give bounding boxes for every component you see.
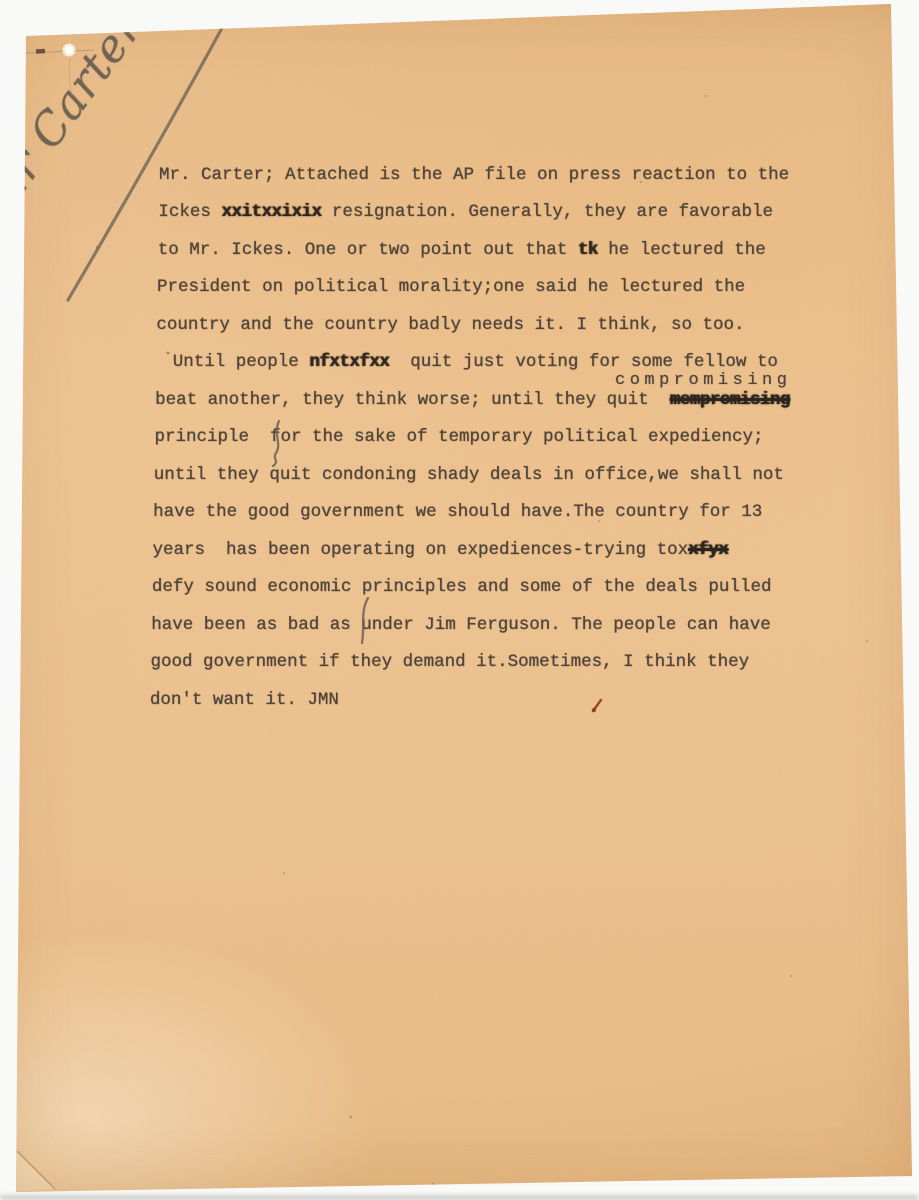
typed-line: Until people nfxtxfxx quit just voting f… (173, 354, 778, 372)
typed-overstrike: nfxtxfxx (309, 352, 389, 372)
typed-text: good government if they demand it.Someti… (151, 652, 750, 672)
typed-line: have the good government we should have.… (153, 504, 762, 522)
typed-text: Ickes (158, 202, 221, 222)
typed-overstrike: tk (578, 240, 598, 260)
typed-text: country and the country badly needs it. … (156, 315, 744, 335)
typed-overstrike: xfyx (688, 540, 728, 560)
typed-line: to Mr. Ickes. One or two point out that … (158, 242, 766, 260)
typed-line: defy sound economic principles and some … (152, 579, 772, 597)
typed-line: country and the country badly needs it. … (156, 317, 744, 335)
typed-text: beat another, they think worse; until th… (155, 390, 670, 410)
interline-correction: compromising (615, 372, 791, 389)
typed-line: don't want it. JMN (150, 692, 339, 710)
memo-paper: Mr Carter Mr. Carter; Attached is the AP… (0, 0, 919, 1200)
typed-text: he lectured the (598, 240, 766, 260)
typed-line: good government if they demand it.Someti… (151, 654, 750, 672)
scan-background: Mr Carter Mr. Carter; Attached is the AP… (0, 0, 919, 1200)
typed-text: defy sound economic principles and some … (152, 577, 772, 597)
scanner-edge-shadow (0, 1195, 919, 1200)
typed-overstrike: mempromising (670, 390, 790, 410)
typed-text: years has been operating on expediences-… (153, 540, 689, 560)
typed-line: Mr. Carter; Attached is the AP file on p… (159, 167, 789, 185)
typed-line: Ickes xxitxxixix resignation. Generally,… (158, 204, 773, 222)
typed-line: have been as bad as under Jim Ferguson. … (151, 617, 771, 635)
typed-line: until they quit condoning shady deals in… (154, 467, 784, 485)
typed-text: quit just voting for some fellow to (389, 352, 778, 372)
typed-text: have the good government we should have.… (153, 502, 762, 522)
typed-text: have been as bad as under Jim Ferguson. … (151, 615, 771, 635)
typed-overstrike: xxitxxixix (221, 202, 321, 222)
typed-text: Until people (173, 352, 310, 372)
typed-text: Mr. Carter; Attached is the AP file on p… (159, 165, 789, 185)
typed-text: to Mr. Ickes. One or two point out that (158, 240, 578, 260)
typed-text: principle for the sake of temporary poli… (154, 427, 763, 447)
typed-line: years has been operating on expediences-… (153, 542, 729, 560)
typewritten-body: Mr. Carter; Attached is the AP file on p… (0, 0, 919, 1200)
typed-text: President on political morality;one said… (157, 277, 745, 297)
typed-line: beat another, they think worse; until th… (155, 392, 790, 410)
typed-text: don't want it. JMN (150, 690, 339, 710)
typed-line: principle for the sake of temporary poli… (154, 429, 763, 447)
typed-text: resignation. Generally, they are favorab… (321, 202, 773, 222)
typed-line: President on political morality;one said… (157, 279, 745, 297)
typed-text: until they quit condoning shady deals in… (154, 465, 784, 485)
